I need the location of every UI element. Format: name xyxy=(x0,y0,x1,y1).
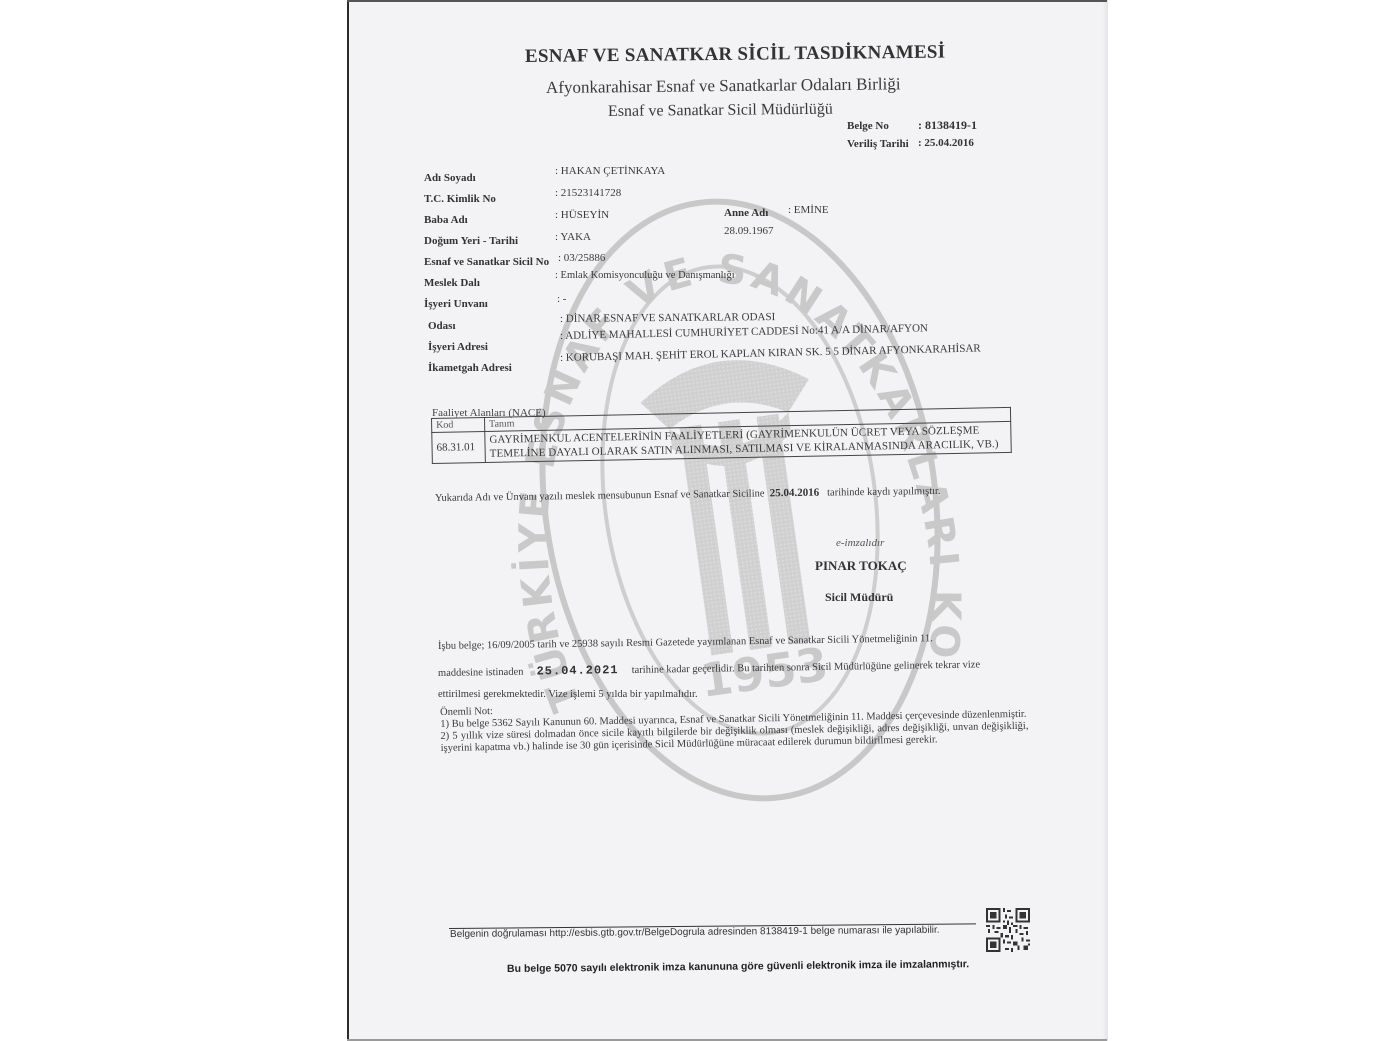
verilis-tarihi-label: Veriliş Tarihi xyxy=(847,138,909,150)
signer-title: Sicil Müdürü xyxy=(825,590,893,605)
sicil-no-value: : 03/25886 xyxy=(558,252,605,264)
belge-no-label: Belge No xyxy=(847,120,889,132)
odasi-value: : DİNAR ESNAF VE SANATKARLAR ODASI xyxy=(560,311,775,325)
tc-kimlik-value: : 21523141728 xyxy=(555,187,621,199)
important-notes: Önemli Not: 1) Bu belge 5362 Sayılı Kanu… xyxy=(440,697,1029,755)
registration-date: 25.04.2016 xyxy=(770,487,820,500)
nace-header-kod: Kod xyxy=(432,417,485,432)
anne-adi-value: : EMİNE xyxy=(788,204,829,216)
registration-suffix: tarihinde kaydı yapılmıştır. xyxy=(827,486,941,499)
validity-prefix: maddesine istinaden xyxy=(438,667,524,679)
dogum-yeri-label: Doğum Yeri - Tarihi xyxy=(424,235,518,247)
anne-adi-label: Anne Adı xyxy=(724,207,768,219)
signer-name: PINAR TOKAÇ xyxy=(815,558,907,574)
dogum-tarihi-value: 28.09.1967 xyxy=(724,225,774,237)
issuer-union: Afyonkarahisar Esnaf ve Sanatkarlar Odal… xyxy=(546,74,901,98)
qr-code-icon xyxy=(986,908,1030,952)
isyeri-adresi-label: İşyeri Adresi xyxy=(428,341,488,353)
dogum-yeri-value: : YAKA xyxy=(555,231,591,243)
verilis-tarihi-value: : 25.04.2016 xyxy=(918,137,974,149)
meslek-dali-label: Meslek Dalı xyxy=(424,277,480,289)
belge-no-value: : 8138419-1 xyxy=(918,118,977,133)
validity-line-3: ettirilmesi gerekmektedir. Vize işlemi 5… xyxy=(438,689,698,700)
valid-until-date: 25.04.2021 xyxy=(536,663,618,678)
document-title: ESNAF VE SANATKAR SİCİL TASDİKNAMESİ xyxy=(525,42,946,68)
isyeri-unvani-value: : - xyxy=(557,293,566,305)
baba-adi-label: Baba Adı xyxy=(424,214,468,226)
e-signature-note: e-imzalıdır xyxy=(836,537,884,549)
odasi-label: Odası xyxy=(428,320,456,332)
baba-adi-value: : HÜSEYİN xyxy=(555,209,609,221)
nace-kod-cell: 68.31.01 xyxy=(432,431,486,463)
issuer-directorate: Esnaf ve Sanatkar Sicil Müdürlüğü xyxy=(608,101,833,121)
tc-kimlik-label: T.C. Kimlik No xyxy=(424,193,496,205)
sicil-no-label: Esnaf ve Sanatkar Sicil No xyxy=(424,256,549,268)
adi-soyadi-value: : HAKAN ÇETİNKAYA xyxy=(555,165,665,177)
page-top-edge xyxy=(347,0,1107,2)
document-page xyxy=(347,0,1108,1041)
meslek-dali-value: : Emlak Komisyonculuğu ve Danışmanlığı xyxy=(555,270,735,281)
ikametgah-adresi-label: İkametgah Adresi xyxy=(428,362,512,374)
adi-soyadi-label: Adı Soyadı xyxy=(424,172,476,184)
isyeri-unvani-label: İşyeri Unvanı xyxy=(424,298,488,310)
